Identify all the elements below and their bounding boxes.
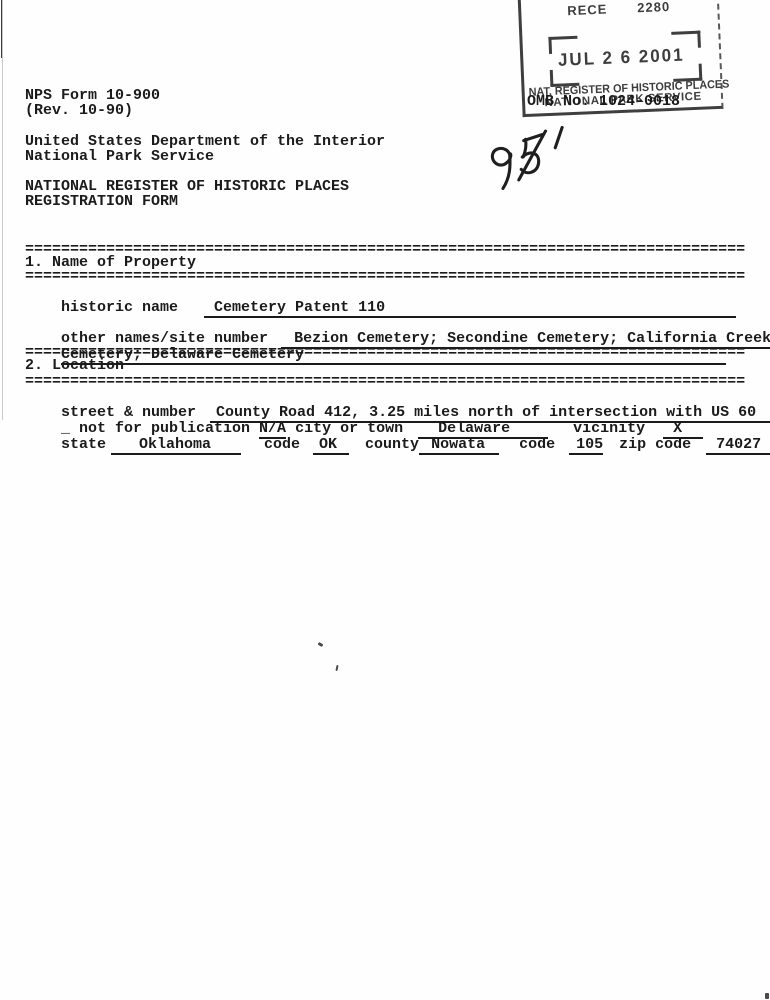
- scanned-document-page: RECE 2280 JUL 2 6 2001 NAT. REGISTER OF …: [0, 0, 770, 1000]
- form-revision: (Rev. 10-90): [25, 103, 133, 119]
- handwriting-strokes: [460, 118, 587, 220]
- scan-edge-line: [2, 0, 3, 420]
- scan-speck: [765, 993, 769, 999]
- scan-speck: [335, 665, 338, 671]
- state-code-value: OK: [313, 437, 349, 455]
- stamp-received-label: RECE: [567, 2, 608, 19]
- divider: ========================================…: [25, 345, 745, 361]
- zip-label: zip code: [619, 437, 691, 453]
- document-title-line-2: REGISTRATION FORM: [25, 194, 178, 210]
- county-value: Nowata: [419, 437, 499, 455]
- zip-value: 74027: [706, 437, 770, 455]
- omb-number: OMB No. 1024-0018: [527, 94, 680, 110]
- divider: ========================================…: [25, 374, 745, 390]
- state-code-label: code: [264, 437, 300, 453]
- county-label: county: [365, 437, 419, 453]
- handwritten-note: [460, 118, 588, 225]
- state-value: Oklahoma: [111, 437, 241, 455]
- historic-name-label: historic name: [61, 300, 178, 316]
- scan-speck: [318, 642, 324, 647]
- county-code-label: code: [519, 437, 555, 453]
- section-2-heading: 2. Location: [25, 358, 124, 374]
- divider: ========================================…: [25, 269, 745, 285]
- state-label: state: [61, 437, 106, 453]
- state-county-zip-line: stateOklahomacodeOKcountyNowatacode105zi…: [25, 421, 770, 471]
- stamp-received-number: 2280: [637, 0, 671, 15]
- agency-line-2: National Park Service: [25, 149, 214, 165]
- county-code-value: 105: [569, 437, 603, 455]
